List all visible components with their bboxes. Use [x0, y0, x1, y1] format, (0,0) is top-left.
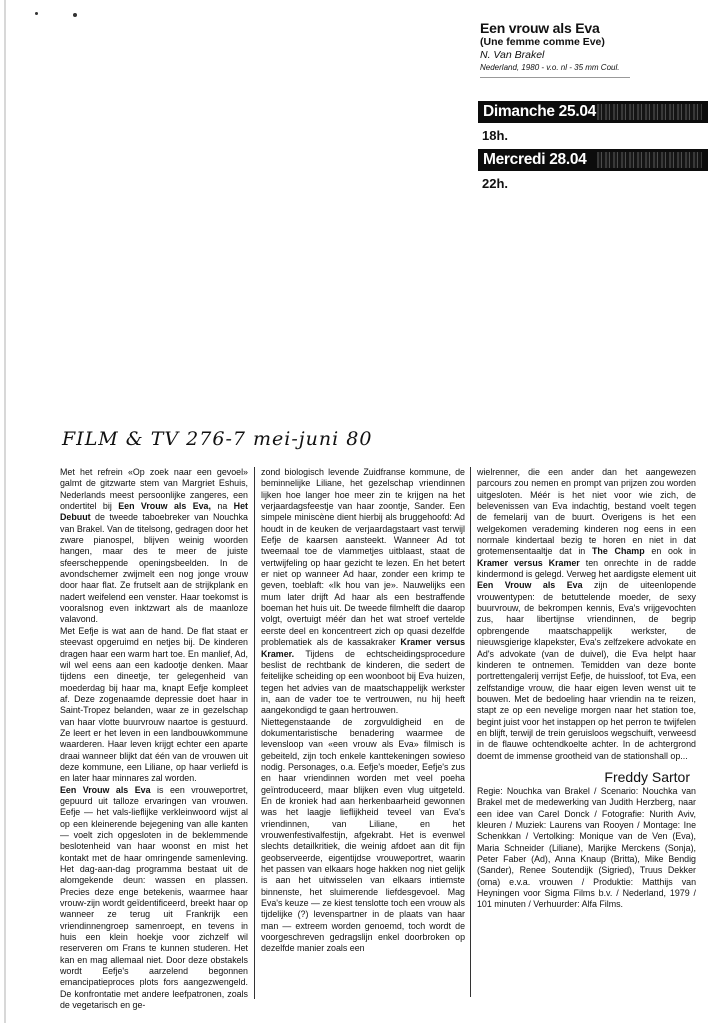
article-body: Met het refrein «Op zoek naar een gevoel… — [60, 467, 710, 1007]
scan-left-edge — [4, 0, 6, 1023]
paragraph: Met het refrein «Op zoek naar een gevoel… — [60, 467, 248, 626]
screening-day: Mercredi 28.04 — [483, 151, 587, 168]
film-title: Een vrouw als Eva — [480, 20, 725, 36]
print-noise — [597, 104, 702, 120]
film-header: Een vrouw als Eva (Une femme comme Eve) … — [480, 20, 725, 78]
screening-date-bar: Dimanche 25.04 — [478, 101, 708, 123]
header-rule — [480, 77, 630, 78]
handwritten-annotation: FILM & TV 276-7 mei-juni 80 — [62, 428, 372, 450]
screening-1: Dimanche 25.04 18h. — [478, 101, 708, 143]
article-column-2: zond biologisch levende Zuidfranse kommu… — [261, 467, 465, 955]
print-noise — [597, 152, 702, 168]
paragraph: Een Vrouw als Eva is een vrouweportret, … — [60, 785, 248, 1012]
screening-time: 22h. — [478, 176, 708, 191]
film-meta: Nederland, 1980 - v.o. nl - 35 mm Coul. — [480, 62, 725, 73]
paragraph: Niettegenstaande de zorgvuldigheid en de… — [261, 717, 465, 955]
scan-speck — [73, 13, 77, 17]
screening-date-bar: Mercredi 28.04 — [478, 149, 708, 171]
film-alt-title: (Une femme comme Eve) — [480, 36, 725, 49]
column-divider — [470, 467, 471, 997]
screening-time: 18h. — [478, 128, 708, 143]
paragraph: zond biologisch levende Zuidfranse kommu… — [261, 467, 465, 717]
film-credits: Regie: Nouchka van Brakel / Scenario: No… — [477, 786, 696, 911]
article-column-3: wielrenner, die een ander dan het aangew… — [477, 467, 696, 911]
paragraph: wielrenner, die een ander dan het aangew… — [477, 467, 696, 762]
scan-speck — [35, 12, 38, 15]
article-column-1: Met het refrein «Op zoek naar een gevoel… — [60, 467, 248, 1012]
column-divider — [254, 467, 255, 999]
paragraph: Met Eefje is wat aan de hand. De flat st… — [60, 626, 248, 785]
film-director: N. Van Brakel — [480, 49, 725, 62]
author-byline: Freddy Sartor — [477, 768, 696, 786]
screening-day: Dimanche 25.04 — [483, 103, 596, 120]
screening-2: Mercredi 28.04 22h. — [478, 149, 708, 191]
